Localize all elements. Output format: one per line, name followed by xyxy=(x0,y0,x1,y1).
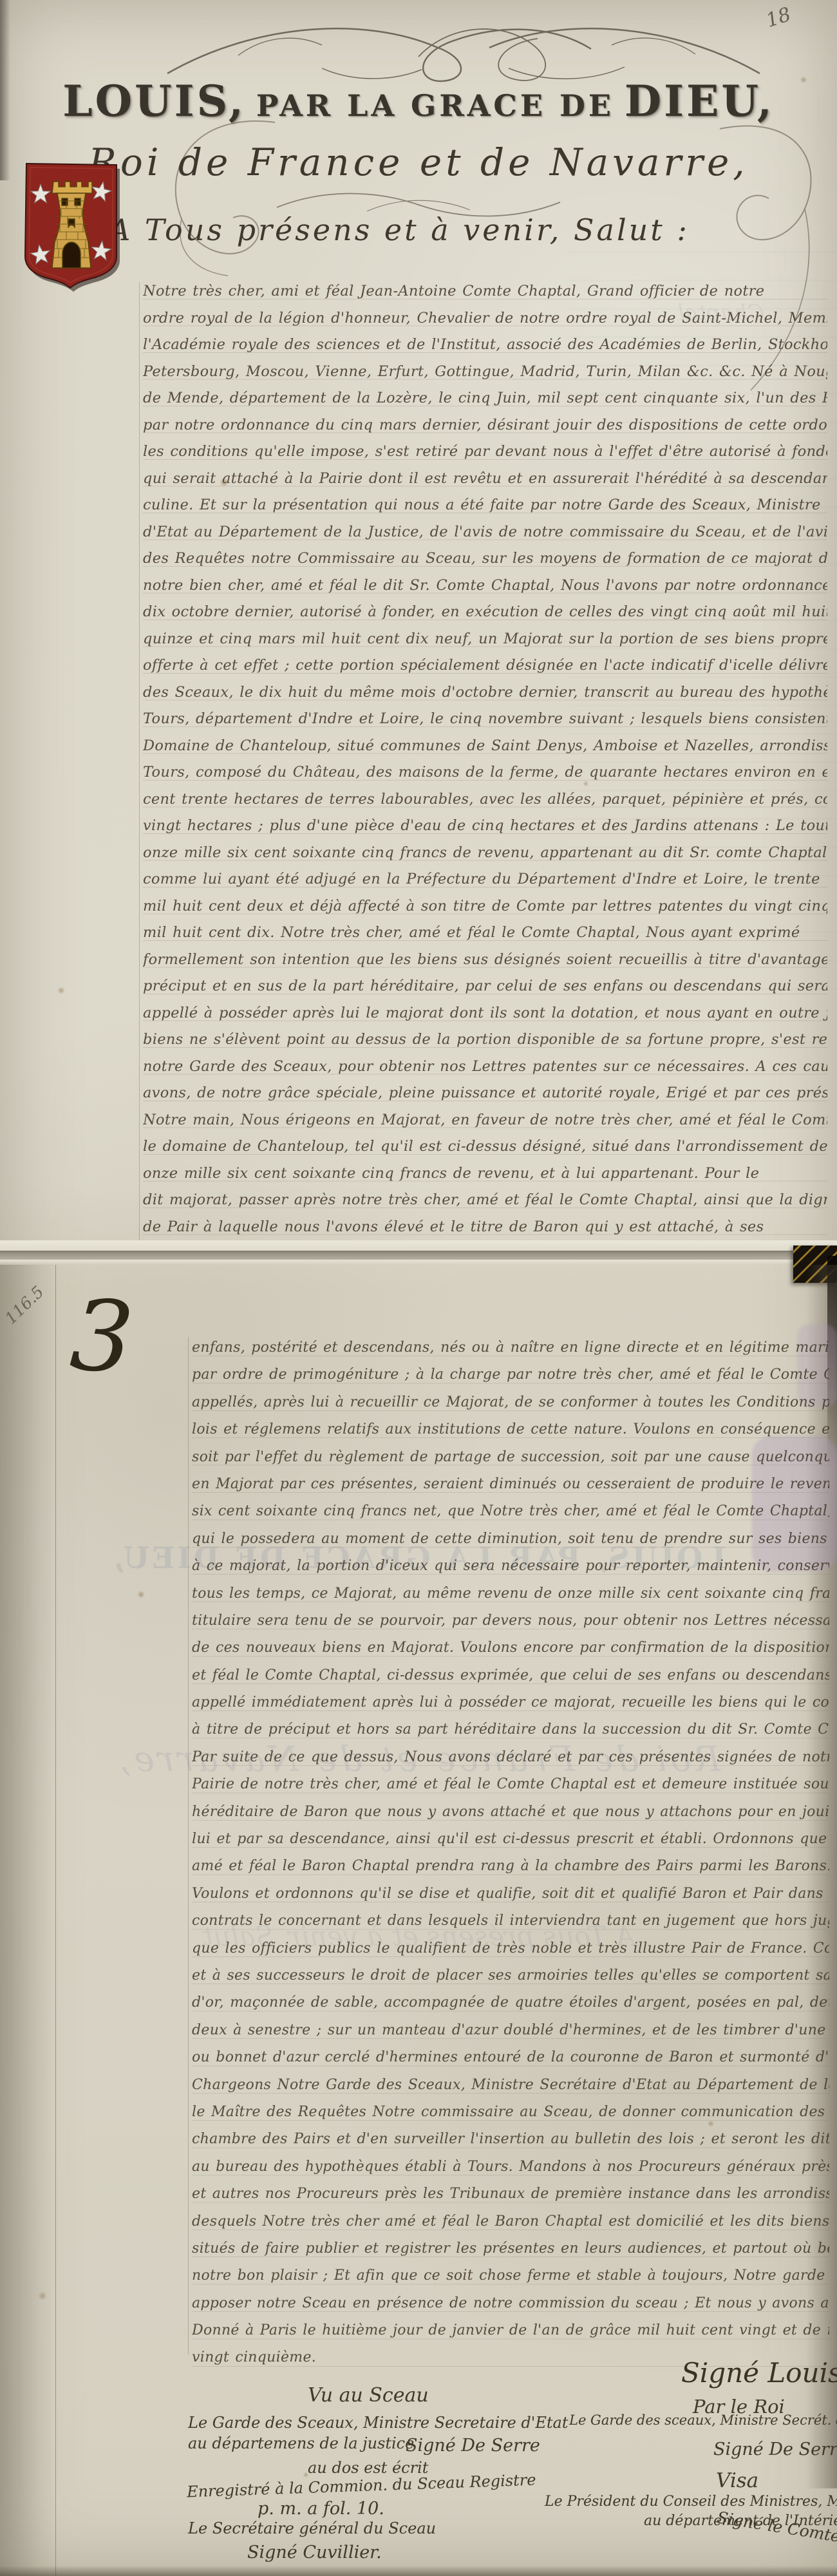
manuscript-line: mil huit cent dix. Notre très cher, amé … xyxy=(143,920,827,947)
manuscript-line: comme lui ayant été adjugé en la Préfect… xyxy=(143,866,827,893)
manuscript-line: à ce majorat, la portion d'iceux qui ser… xyxy=(192,1553,829,1580)
council-president-title: Le Président du Conseil des Ministres, M… xyxy=(545,2494,837,2510)
manuscript-line: soit par l'effet du règlement de partage… xyxy=(192,1444,829,1471)
page1-body-text: Notre très cher, ami et féal Jean-Antoin… xyxy=(143,278,827,1240)
signature-cuvillier: Signé Cuvillier. xyxy=(247,2543,382,2562)
manuscript-line: chambre des Pairs et d'en surveiller l'i… xyxy=(192,2126,829,2153)
page-gap-shadow xyxy=(0,1252,837,1260)
manuscript-line: lui et par sa descendance, ainsi qu'il e… xyxy=(192,1826,829,1853)
manuscript-line: onze mille six cent soixante cinq francs… xyxy=(143,840,827,867)
manuscript-line: et autres nos Procureurs près les Tribun… xyxy=(192,2181,829,2208)
manuscript-line: Pairie de notre très cher, amé et féal l… xyxy=(192,1771,829,1798)
manuscript-line: titulaire sera tenu de se pourvoir, par … xyxy=(192,1607,829,1634)
manuscript-line: biens ne s'élèvent point au dessus de la… xyxy=(143,1027,827,1054)
manuscript-line: avons, de notre grâce spéciale, pleine p… xyxy=(143,1080,827,1107)
manuscript-line: que les officiers publics le qualifient … xyxy=(192,1935,829,1962)
manuscript-line: héréditaire de Baron que nous y avons at… xyxy=(192,1799,829,1826)
manuscript-line: préciput et en sus de la part héréditair… xyxy=(143,973,827,1000)
manuscript-line: vingt hectares ; plus d'une pièce d'eau … xyxy=(143,813,827,840)
manuscript-line: des Requêtes notre Commissaire au Sceau,… xyxy=(143,545,827,573)
royal-subtitle: Roi de France et de Navarre, xyxy=(0,140,837,184)
page2-top-edge xyxy=(0,1260,837,1265)
foxing-spot xyxy=(219,478,229,487)
foxing-spot xyxy=(37,2291,48,2300)
manuscript-line: dit majorat, passer après notre très che… xyxy=(143,1187,827,1214)
manuscript-line: quinze et cinq mars mil huit cent dix ne… xyxy=(143,626,827,653)
manuscript-line: Tours, composé du Château, des maisons d… xyxy=(143,759,827,786)
manuscript-line: d'or, maçonnée de sable, accompagnée de … xyxy=(192,1989,829,2016)
manuscript-line: qui serait attaché à la Pairie dont il e… xyxy=(143,466,827,493)
manuscript-line: notre Garde des Sceaux, pour obtenir nos… xyxy=(143,1054,827,1081)
manuscript-line: Donné à Paris le huitième jour de janvie… xyxy=(192,2317,829,2344)
manuscript-line: par notre ordonnance du cinq mars dernie… xyxy=(143,412,827,439)
visa-heading: Visa xyxy=(716,2469,758,2492)
manuscript-line: lois et réglemens relatifs aux instituti… xyxy=(192,1416,829,1443)
manuscript-line: situés de faire publier et registrer les… xyxy=(192,2235,829,2262)
manuscript-line: tous les temps, ce Majorat, au même reve… xyxy=(192,1580,829,1607)
manuscript-line: de Pair à laquelle nous l'avons élevé et… xyxy=(143,1214,827,1241)
manuscript-line: le Maître des Requêtes Notre commissaire… xyxy=(192,2099,829,2126)
foxing-spot xyxy=(800,76,807,84)
manuscript-line: offerte à cet effet ; cette portion spéc… xyxy=(143,652,827,679)
signature-deserre-right: Signé De Serre. xyxy=(713,2439,837,2459)
manuscript-line: culine. Et sur la présentation qui nous … xyxy=(143,492,827,519)
manuscript-line: cent trente hectares de terres labourabl… xyxy=(143,786,827,813)
manuscript-line: six cent soixante cinq francs net, que N… xyxy=(192,1498,829,1525)
manuscript-line: Par suite de ce que dessus, Nous avons d… xyxy=(192,1744,829,1771)
keeper-of-seals-title-right: Le Garde des sceaux, Ministre Secrét. d'… xyxy=(569,2412,837,2428)
manuscript-line: formellement son intention que les biens… xyxy=(143,947,827,974)
manuscript-line: de ces nouveaux biens en Majorat. Voulon… xyxy=(192,1634,829,1662)
keeper-of-seals-title-left: Le Garde des Sceaux, Ministre Secretaire… xyxy=(188,2414,569,2432)
foxing-spot xyxy=(57,987,66,994)
manuscript-line: amé et féal le Baron Chaptal prendra ran… xyxy=(192,1853,829,1880)
manuscript-line: Petersbourg, Moscou, Vienne, Erfurt, Got… xyxy=(143,359,827,386)
manuscript-line: mil huit cent deux et déjà affecté à son… xyxy=(143,893,827,920)
manuscript-line: Voulons et ordonnons qu'il se dise et qu… xyxy=(192,1880,829,1908)
engraving-flourish-left xyxy=(156,108,285,285)
folio-number: 18 xyxy=(764,3,794,32)
manuscript-line: contrats le concernant et dans lesquels … xyxy=(192,1908,829,1935)
manuscript-line: desquels Notre très cher amé et féal le … xyxy=(192,2208,829,2235)
manuscript-line: à titre de préciput et hors sa part héré… xyxy=(192,1716,829,1743)
manuscript-line: l'Académie royale des sciences et de l'I… xyxy=(143,332,827,359)
seal-review-note: Vu au Sceau xyxy=(308,2384,429,2407)
signature-king: Signé Louis xyxy=(681,2357,837,2389)
royal-title: LOUIS, PAR LA GRACE DE DIEU, xyxy=(0,76,837,126)
margin-rule-page1 xyxy=(139,282,140,1240)
manuscript-line: les conditions qu'elle impose, s'est ret… xyxy=(143,439,827,466)
manuscript-line: qui le possedera au moment de cette dimi… xyxy=(192,1526,829,1553)
manuscript-line: au bureau des hypothèques établi à Tours… xyxy=(192,2154,829,2181)
manuscript-line: ou bonnet d'azur cerclé d'hermines entou… xyxy=(192,2044,829,2071)
manuscript-line: par ordre de primogéniture ; à la charge… xyxy=(192,1361,829,1388)
manuscript-line: d'Etat au Département de la Justice, de … xyxy=(143,519,827,546)
keeper-of-seals-dept-left: au départemens de la justice xyxy=(188,2434,414,2452)
page1-bottom-edge xyxy=(0,1240,837,1252)
manuscript-line: enfans, postérité et descendans, nés ou … xyxy=(192,1334,829,1361)
manuscript-line: apposer notre Sceau en présence de notre… xyxy=(192,2290,829,2317)
manuscript-line: dix octobre dernier, autorisé à fonder, … xyxy=(143,599,827,626)
manuscript-line: et à ses successeurs le droit de placer … xyxy=(192,1962,829,1989)
seal-secretary-title: Le Secrétaire général du Sceau xyxy=(188,2519,436,2537)
manuscript-line: appellés, après lui à recueillir ce Majo… xyxy=(192,1389,829,1416)
show-through-word: Chaptal xyxy=(618,300,824,326)
manuscript-line: notre bon plaisir ; Et afin que ce soit … xyxy=(192,2262,829,2289)
manuscript-line: le domaine de Chanteloup, tel qu'il est … xyxy=(143,1133,827,1160)
manuscript-scan: 18 LOUIS, PAR LA GRACE DE DIEU, Roi de xyxy=(0,0,837,2576)
page2-body-text: enfans, postérité et descendans, nés ou … xyxy=(192,1334,829,2372)
manuscript-line: deux à senestre ; sur un manteau d'azur … xyxy=(192,2017,829,2044)
title-part-middle: PAR LA GRACE DE xyxy=(256,88,614,123)
verso-note-heading: au dos est écrit xyxy=(308,2459,428,2477)
manuscript-line: et féal le Comte Chaptal, ci-dessus expr… xyxy=(192,1662,829,1689)
manuscript-line: des Sceaux, le dix huit du même mois d'o… xyxy=(143,679,827,706)
manuscript-line: appellé immédiatement après lui à posséd… xyxy=(192,1689,829,1716)
folio-reference: p. m. a fol. 10. xyxy=(258,2499,384,2519)
manuscript-line: onze mille six cent soixante cinq francs… xyxy=(143,1160,827,1188)
manuscript-line: notre bien cher, amé et féal le dit Sr. … xyxy=(143,573,827,600)
manuscript-line: Notre main, Nous érigeons en Majorat, en… xyxy=(143,1107,827,1134)
foxing-spot xyxy=(136,1591,146,1598)
margin-rule-page2 xyxy=(188,1337,189,2354)
manuscript-line: Tours, département d'Indre et Loire, le … xyxy=(143,706,827,733)
clerk-paraph: 3 xyxy=(68,1286,136,1388)
manuscript-line: appellé à posséder après lui le majorat … xyxy=(143,1000,827,1027)
foxing-spot xyxy=(583,781,589,787)
manuscript-line: Domaine de Chanteloup, situé communes de… xyxy=(143,733,827,760)
signature-deserre-left: Signé De Serre xyxy=(406,2436,540,2456)
manuscript-line: en Majorat par ces présentes, seraient d… xyxy=(192,1471,829,1498)
manuscript-line: Chargeons Notre Garde des Sceaux, Minist… xyxy=(192,2072,829,2099)
manuscript-line: de Mende, département de la Lozère, le c… xyxy=(143,385,827,412)
scan-bottom-edge xyxy=(0,2566,837,2576)
chaptal-coat-of-arms xyxy=(21,160,123,295)
